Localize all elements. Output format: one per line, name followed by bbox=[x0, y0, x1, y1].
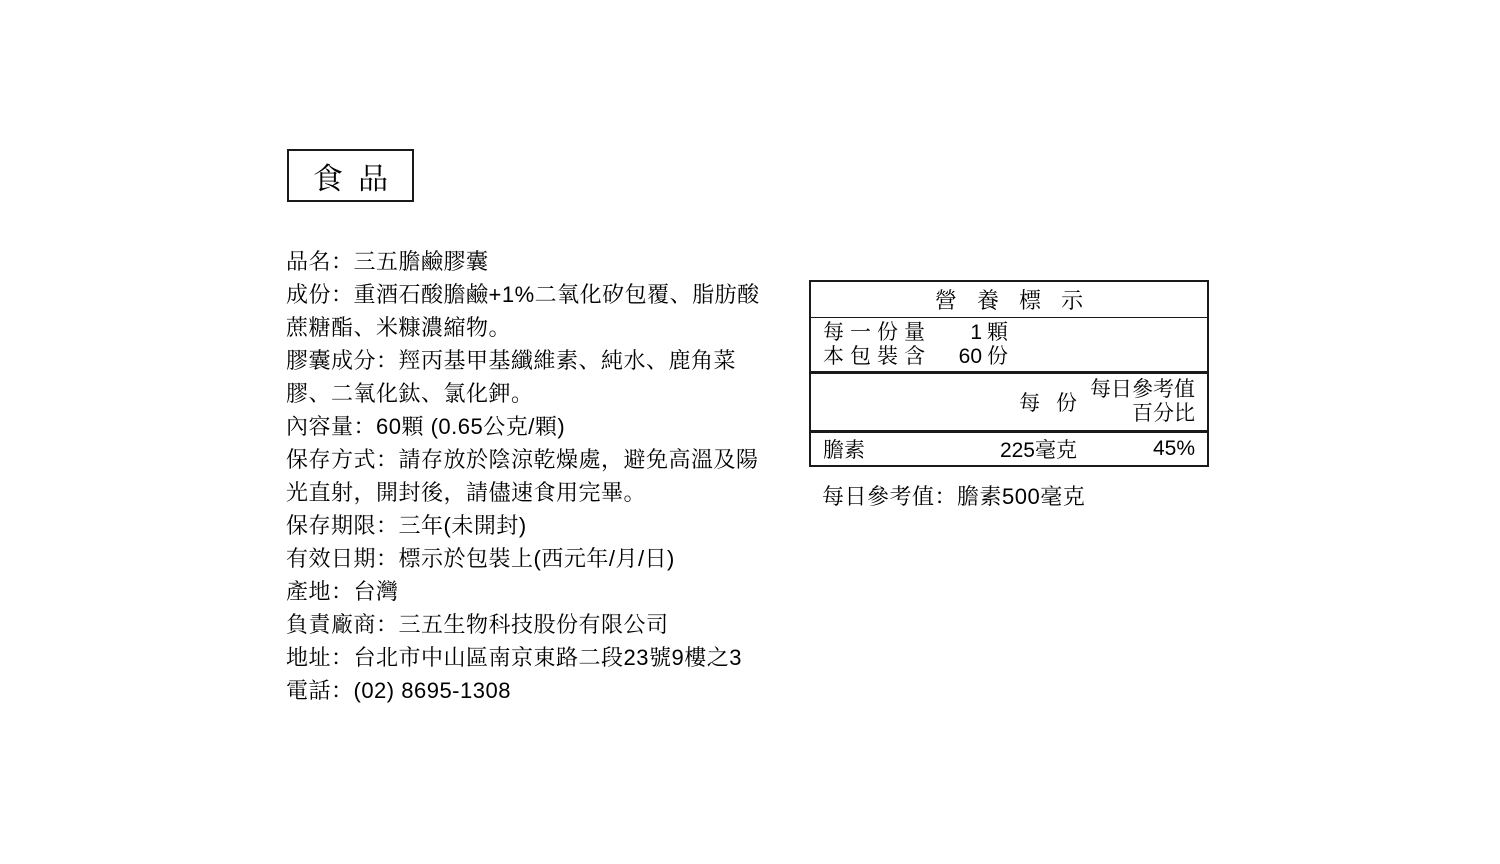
daily-value-header-line-1: 每日參考值 bbox=[1077, 378, 1195, 402]
category-label: 食 品 bbox=[313, 154, 388, 198]
nutrient-daily-pct: 45% bbox=[1077, 437, 1195, 461]
servings-per-package-value: 60 bbox=[952, 345, 982, 369]
daily-value-header-line-2: 百分比 bbox=[1077, 402, 1195, 426]
serving-size-value: 1 bbox=[952, 321, 982, 345]
per-serving-column-header: 每 份 bbox=[945, 387, 1077, 417]
storage-line-1: 保存方式：請存放於陰涼乾燥處，避免高溫及陽 bbox=[286, 443, 760, 476]
nutrition-table: 營 養 標 示 每一份量1顆 本包裝含60份 每 份 每日參考值 百分比 膽素 … bbox=[809, 280, 1209, 467]
phone-line: 電話：(02) 8695-1308 bbox=[286, 674, 760, 707]
daily-value-column-header: 每日參考值 百分比 bbox=[1077, 378, 1195, 426]
ingredients-line-1: 成份：重酒石酸膽鹼+1%二氧化矽包覆、脂肪酸 bbox=[286, 278, 760, 311]
daily-reference-note: 每日參考值：膽素500毫克 bbox=[822, 480, 1085, 511]
origin-line: 產地：台灣 bbox=[286, 575, 760, 608]
capsule-ingredients-line-2: 膠、二氧化鈦、氯化鉀。 bbox=[286, 377, 760, 410]
ingredients-line-2: 蔗糖酯、米糠濃縮物。 bbox=[286, 311, 760, 344]
storage-line-2: 光直射，開封後，請儘速食用完畢。 bbox=[286, 476, 760, 509]
column-header-row: 每 份 每日參考值 百分比 bbox=[811, 374, 1207, 433]
serving-size-label: 每一份量 bbox=[823, 321, 931, 344]
servings-per-package-row: 本包裝含60份 bbox=[823, 345, 1195, 369]
shelf-life-line: 保存期限：三年(未開封) bbox=[286, 509, 760, 542]
nutrition-table-title: 營 養 標 示 bbox=[811, 282, 1207, 318]
address-line: 地址：台北市中山區南京東路二段23號9樓之3 bbox=[286, 641, 760, 674]
manufacturer-line: 負責廠商：三五生物科技股份有限公司 bbox=[286, 608, 760, 641]
serving-size-unit: 顆 bbox=[987, 321, 1008, 344]
product-name-line: 品名：三五膽鹼膠囊 bbox=[286, 245, 760, 278]
capsule-ingredients-line-1: 膠囊成分：羥丙基甲基纖維素、純水、鹿角菜 bbox=[286, 344, 760, 377]
category-box: 食 品 bbox=[287, 149, 414, 202]
nutrient-name: 膽素 bbox=[823, 434, 945, 464]
servings-per-package-label: 本包裝含 bbox=[823, 345, 931, 368]
net-content-line: 內容量：60顆 (0.65公克/顆) bbox=[286, 410, 760, 443]
expiry-date-line: 有效日期：標示於包裝上(西元年/月/日) bbox=[286, 542, 760, 575]
product-info: 品名：三五膽鹼膠囊 成份：重酒石酸膽鹼+1%二氧化矽包覆、脂肪酸 蔗糖酯、米糠濃… bbox=[286, 245, 760, 707]
nutrient-row: 膽素 225毫克 45% bbox=[811, 433, 1207, 465]
servings-per-package-unit: 份 bbox=[987, 345, 1008, 368]
nutrient-amount: 225毫克 bbox=[945, 434, 1077, 464]
serving-info-section: 每一份量1顆 本包裝含60份 bbox=[811, 318, 1207, 374]
serving-size-row: 每一份量1顆 bbox=[823, 321, 1195, 345]
